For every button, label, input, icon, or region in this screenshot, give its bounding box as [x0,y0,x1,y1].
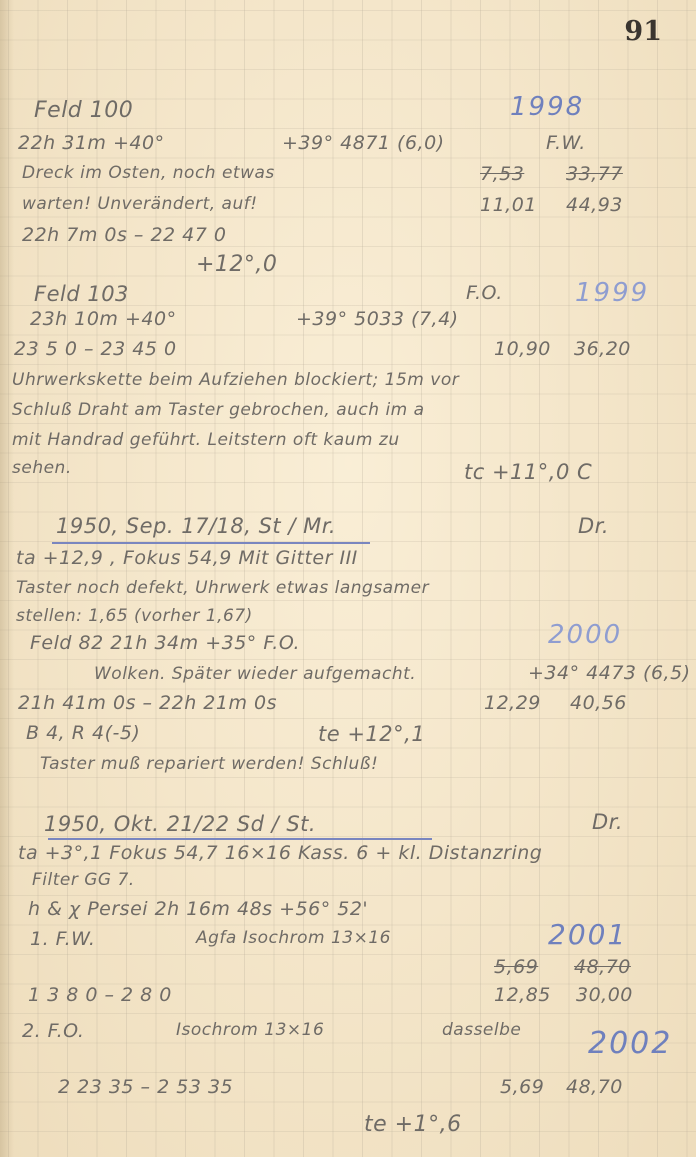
guide-star: +39° 5033 (7,4) [296,308,459,330]
exposure-time: 21h 41m 0s – 22h 21m 0s [18,692,277,714]
emulsion: Agfa Isochrom 13×16 [196,928,391,948]
measurement-value: 30,00 [576,984,633,1006]
measurement-value: 12,29 [484,692,541,714]
measurement-value: 40,56 [570,692,627,714]
observer: F.W. [546,132,586,154]
page-number: 91 [624,16,662,47]
exposure-time: 1 3 8 0 – 2 8 0 [28,984,172,1006]
exposure-time: 22h 7m 0s – 22 47 0 [22,224,226,246]
session-header: 1950, Okt. 21/22 Sd / St. [44,812,316,836]
cloud-note: Wolken. Später wieder aufgemacht. [94,664,416,684]
temperature: +12°,0 [196,252,277,277]
field-line: Feld 82 21h 34m +35° F.O. [30,632,300,654]
temperature: tc +11°,0 C [464,460,592,484]
header-underline [52,542,370,544]
closing-note: Taster muß repariert werden! Schluß! [40,754,378,774]
struck-value: 7,53 [480,163,524,185]
field-coordinates: 22h 31m +40° [18,132,165,154]
guide-star: +39° 4871 (6,0) [282,132,445,154]
note-line: mit Handrad geführt. Leitstern oft kaum … [12,430,400,450]
plate-number: 2002 [588,1026,672,1061]
measurement-value: 48,70 [566,1076,623,1098]
struck-value: 33,77 [566,163,623,185]
notebook-page: 91 Feld 100 1998 22h 31m +40° +39° 4871 … [0,0,696,1157]
temperature: te +1°,6 [364,1112,462,1137]
measurement-value: 36,20 [574,338,631,360]
guide-star: +34° 4473 (6,5) [528,662,691,684]
plate-label: 2. F.O. [22,1020,84,1042]
field-label: Feld 100 [34,98,133,123]
observer: F.O. [466,282,503,304]
note-line: sehen. [12,458,72,478]
note-line: Dreck im Osten, noch etwas [22,163,275,183]
plate-number: 1999 [575,278,649,308]
measurement-value: 11,01 [480,194,537,216]
note-line: Schluß Draht am Taster gebrochen, auch i… [12,400,425,420]
measurement-value: 5,69 [500,1076,544,1098]
field-coordinates: 23h 10m +40° [30,308,177,330]
plate-number: 2000 [548,620,622,650]
struck-value: 48,70 [574,956,631,978]
seeing-values: B 4, R 4(-5) [26,722,140,744]
exposure-time: 2 23 35 – 2 53 35 [58,1076,233,1098]
temperature: te +12°,1 [318,722,425,746]
measurement-value: 44,93 [566,194,623,216]
plate-label: 1. F.W. [30,928,95,950]
measurement-value: 12,85 [494,984,551,1006]
note-line: Uhrwerkskette beim Aufziehen blockiert; … [12,370,459,390]
header-underline [48,838,432,840]
plate-number: 2001 [548,918,627,951]
field-label: Feld 103 [34,282,129,306]
note-line: warten! Unverändert, auf! [22,194,258,214]
filter-note: Filter GG 7. [32,870,135,890]
session-header: 1950, Sep. 17/18, St / Mr. [56,514,336,538]
note-line: Taster noch defekt, Uhrwerk etwas langsa… [16,578,429,598]
session-conditions: ta +3°,1 Fokus 54,7 16×16 Kass. 6 + kl. … [18,842,542,864]
observer-initials: Dr. [592,810,623,834]
object-coordinates: h & χ Persei 2h 16m 48s +56° 52' [28,898,368,920]
remark: dasselbe [442,1020,521,1040]
session-conditions: ta +12,9 , Fokus 54,9 Mit Gitter III [16,547,358,569]
measurement-value: 10,90 [494,338,551,360]
observer-initials: Dr. [578,514,609,538]
emulsion: Isochrom 13×16 [176,1020,324,1040]
note-line: stellen: 1,65 (vorher 1,67) [16,606,253,626]
exposure-time: 23 5 0 – 23 45 0 [14,338,177,360]
struck-value: 5,69 [494,956,538,978]
plate-number: 1998 [510,92,584,122]
